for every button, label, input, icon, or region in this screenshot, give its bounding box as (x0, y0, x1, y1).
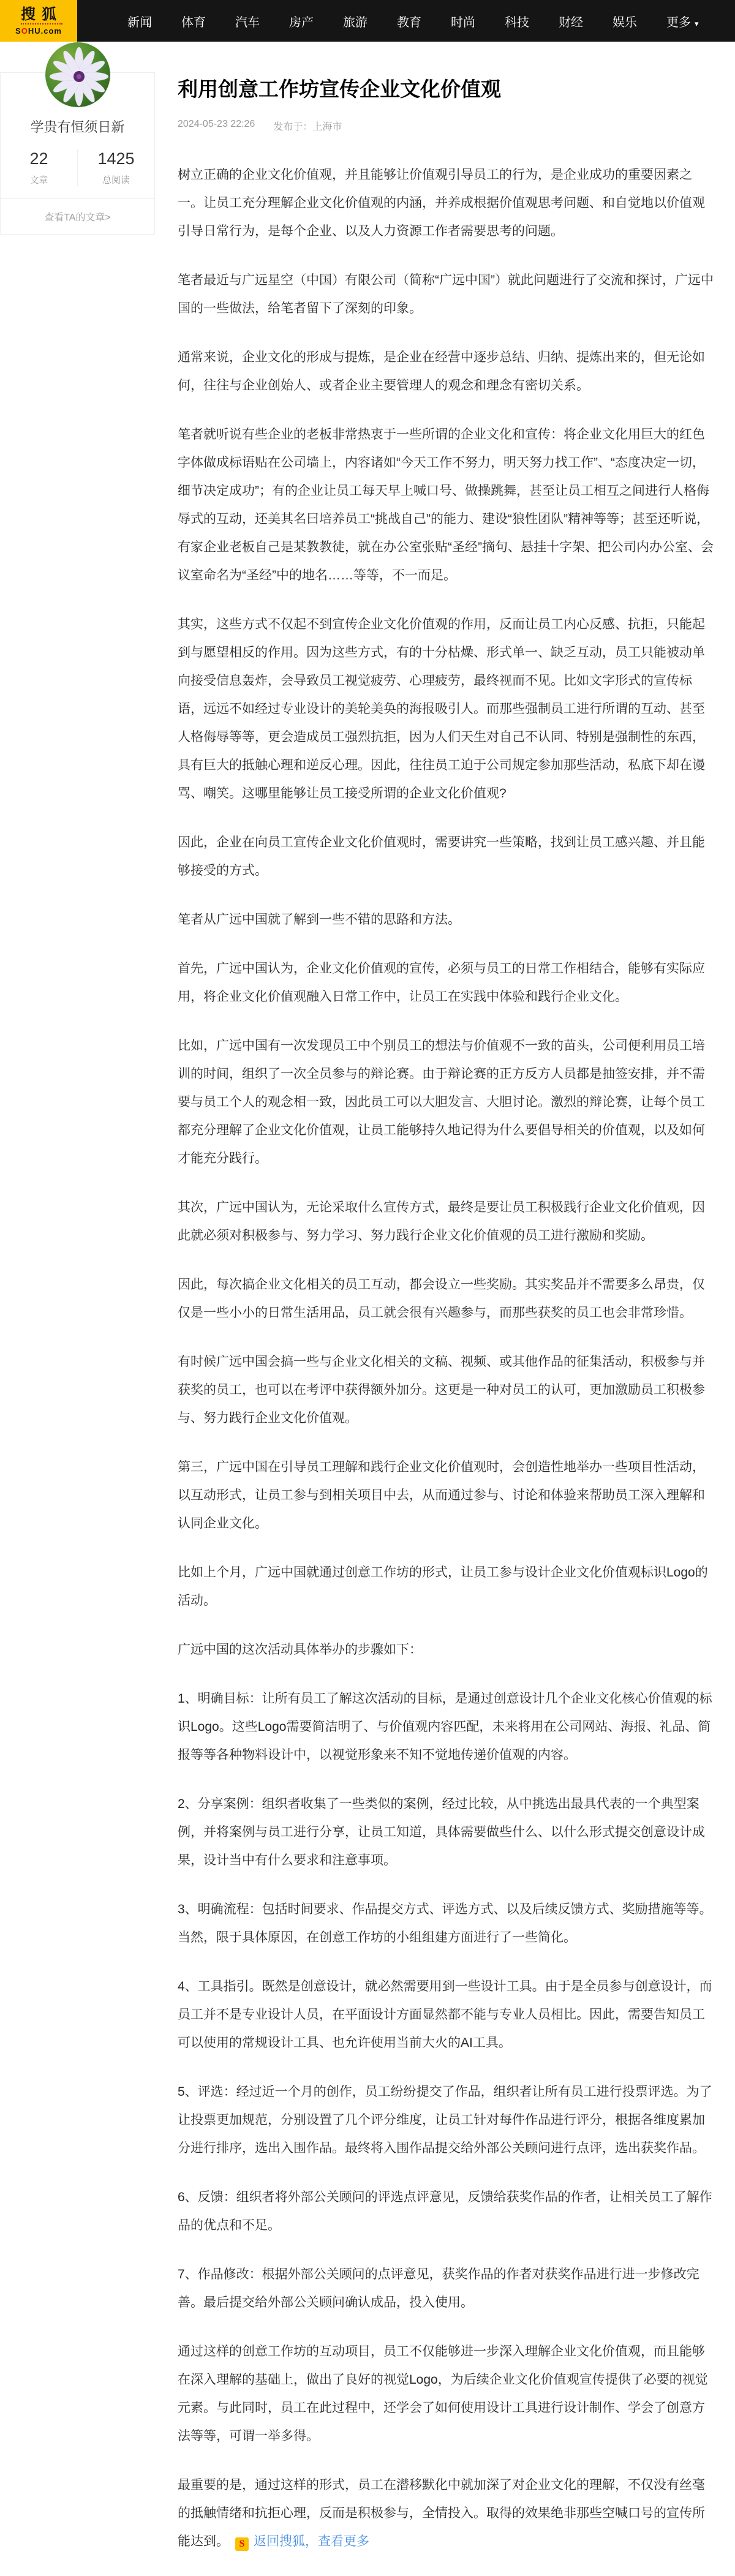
nav-item-travel[interactable]: 旅游 (328, 12, 382, 30)
daisy-flower-image (45, 42, 110, 107)
nav-item-fashion[interactable]: 时尚 (436, 12, 490, 30)
paragraph-step-1: 1、明确目标：让所有员工了解这次活动的目标，是通过创意设计几个企业文化核心价值观… (178, 1685, 714, 1769)
paragraph: 其实，这些方式不仅起不到宣传企业文化价值观的作用，反而让员工内心反感、抗拒，只能… (178, 611, 714, 808)
nav-item-entertainment[interactable]: 娱乐 (598, 12, 652, 30)
nav-item-finance[interactable]: 财经 (544, 12, 598, 30)
nav-item-realestate[interactable]: 房产 (274, 12, 328, 30)
sohu-logo-en-text: SOHU.com (15, 27, 62, 35)
paragraph: 通常来说，企业文化的形成与提炼，是企业在经营中逐步总结、归纳、提炼出来的，但无论… (178, 344, 714, 400)
stat-articles-value: 22 (1, 149, 77, 168)
paragraph-step-7: 7、作品修改：根据外部公关顾问的点评意见，获奖作品的作者对获奖作品进行进一步修改… (178, 2261, 714, 2317)
stat-total-reads-label: 总阅读 (78, 173, 154, 186)
article-date: 2024-05-23 22:26 (178, 119, 255, 133)
paragraph: 树立正确的企业文化价值观，并且能够让价值观引导员工的行为，是企业成功的重要因素之… (178, 161, 714, 246)
paragraph: 笔者从广远中国就了解到一些不错的思路和方法。 (178, 906, 714, 934)
stat-articles: 22 文章 (1, 149, 77, 186)
view-author-articles-link[interactable]: 查看TA的文章> (1, 198, 154, 234)
author-name: 学贵有恒须日新 (1, 117, 154, 136)
sohu-logo-cn-text: 搜狐 (21, 7, 62, 24)
paragraph: 广远中国的这次活动具体举办的步骤如下： (178, 1636, 714, 1664)
paragraph: 因此，每次搞企业文化相关的员工互动，都会设立一些奖励。其实奖品并不需要多么昂贵，… (178, 1271, 714, 1327)
paragraph: 比如上个月，广远中国就通过创意工作坊的形式，让员工参与设计企业文化价值观标识Lo… (178, 1559, 714, 1615)
article-location: 发布于：上海市 (273, 119, 342, 133)
last-paragraph: 最重要的是，通过这样的形式，员工在潜移默化中就加深了对企业文化的理解，不仅没有丝… (178, 2471, 714, 2556)
article-body: 树立正确的企业文化价值观，并且能够让价值观引导员工的行为，是企业成功的重要因素之… (178, 161, 714, 2556)
paragraph: 因此，企业在向员工宣传企业文化价值观时，需要讲究一些策略，找到让员工感兴趣、并且… (178, 829, 714, 885)
paragraph: 首先，广远中国认为，企业文化价值观的宣传，必须与员工的日常工作相结合，能够有实际… (178, 955, 714, 1011)
avatar[interactable] (45, 42, 110, 107)
paragraph: 有时候广远中国会搞一些与企业文化相关的文稿、视频、或其他作品的征集活动，积极参与… (178, 1348, 714, 1433)
back-to-sohu-link[interactable]: 返回搜狐，查看更多 (254, 2534, 369, 2548)
stat-total-reads: 1425 总阅读 (77, 149, 154, 186)
paragraph-step-4: 4、工具指引。既然是创意设计，就必然需要用到一些设计工具。由于是全员参与创意设计… (178, 1973, 714, 2057)
paragraph: 其次，广远中国认为，无论采取什么宣传方式，最终是要让员工积极践行企业文化价值观，… (178, 1194, 714, 1250)
author-card: 学贵有恒须日新 22 文章 1425 总阅读 查看TA的文章> (0, 72, 155, 235)
paragraph: 笔者就听说有些企业的老板非常热衷于一些所谓的企业文化和宣传：将企业文化用巨大的红… (178, 421, 714, 590)
nav-item-sports[interactable]: 体育 (167, 12, 221, 30)
article-container: 利用创意工作坊宣传企业文化价值观 2024-05-23 22:26 发布于：上海… (178, 76, 714, 2576)
article-meta: 2024-05-23 22:26 发布于：上海市 (178, 119, 714, 133)
sohu-logo-red-o: O (21, 26, 28, 36)
chevron-down-icon: ▾ (695, 19, 699, 28)
paragraph: 第三，广远中国在引导员工理解和践行企业文化价值观时，会创造性地举办一些项目性活动… (178, 1453, 714, 1538)
sohu-logo[interactable]: 搜狐 SOHU.com (0, 0, 77, 42)
top-nav-bar: 搜狐 SOHU.com 新闻 体育 汽车 房产 旅游 教育 时尚 科技 财经 娱… (0, 0, 735, 42)
paragraph: 通过这样的创意工作坊的互动项目，员工不仅能够进一步深入理解企业文化价值观，而且能… (178, 2338, 714, 2450)
stat-total-reads-value: 1425 (78, 149, 154, 168)
sohu-fox-icon: S (235, 2537, 249, 2551)
article-title: 利用创意工作坊宣传企业文化价值观 (178, 76, 714, 103)
paragraph-step-2: 2、分享案例：组织者收集了一些类似的案例，经过比较，从中挑选出最具代表的一个典型… (178, 1790, 714, 1875)
nav-items: 新闻 体育 汽车 房产 旅游 教育 时尚 科技 财经 娱乐 更多▾ (77, 0, 714, 42)
paragraph: 比如，广远中国有一次发现员工中个别员工的想法与价值观不一致的苗头，公司便利用员工… (178, 1032, 714, 1173)
paragraph-step-3: 3、明确流程：包括时间要求、作品提交方式、评选方式、以及后续反馈方式、奖励措施等… (178, 1896, 714, 1952)
nav-item-auto[interactable]: 汽车 (221, 12, 274, 30)
nav-item-news[interactable]: 新闻 (113, 12, 167, 30)
nav-item-more[interactable]: 更多▾ (652, 12, 714, 30)
paragraph: 笔者最近与广远星空（中国）有限公司（简称“广远中国”）就此问题进行了交流和探讨，… (178, 266, 714, 323)
paragraph-step-5: 5、评选：经过近一个月的创作，员工纷纷提交了作品，组织者让所有员工进行投票评选。… (178, 2078, 714, 2163)
stat-articles-label: 文章 (1, 173, 77, 186)
author-stats: 22 文章 1425 总阅读 (1, 149, 154, 198)
nav-item-education[interactable]: 教育 (382, 12, 436, 30)
paragraph-step-6: 6、反馈：组织者将外部公关顾问的评选点评意见，反馈给获奖作品的作者，让相关员工了… (178, 2183, 714, 2240)
nav-item-tech[interactable]: 科技 (490, 12, 544, 30)
